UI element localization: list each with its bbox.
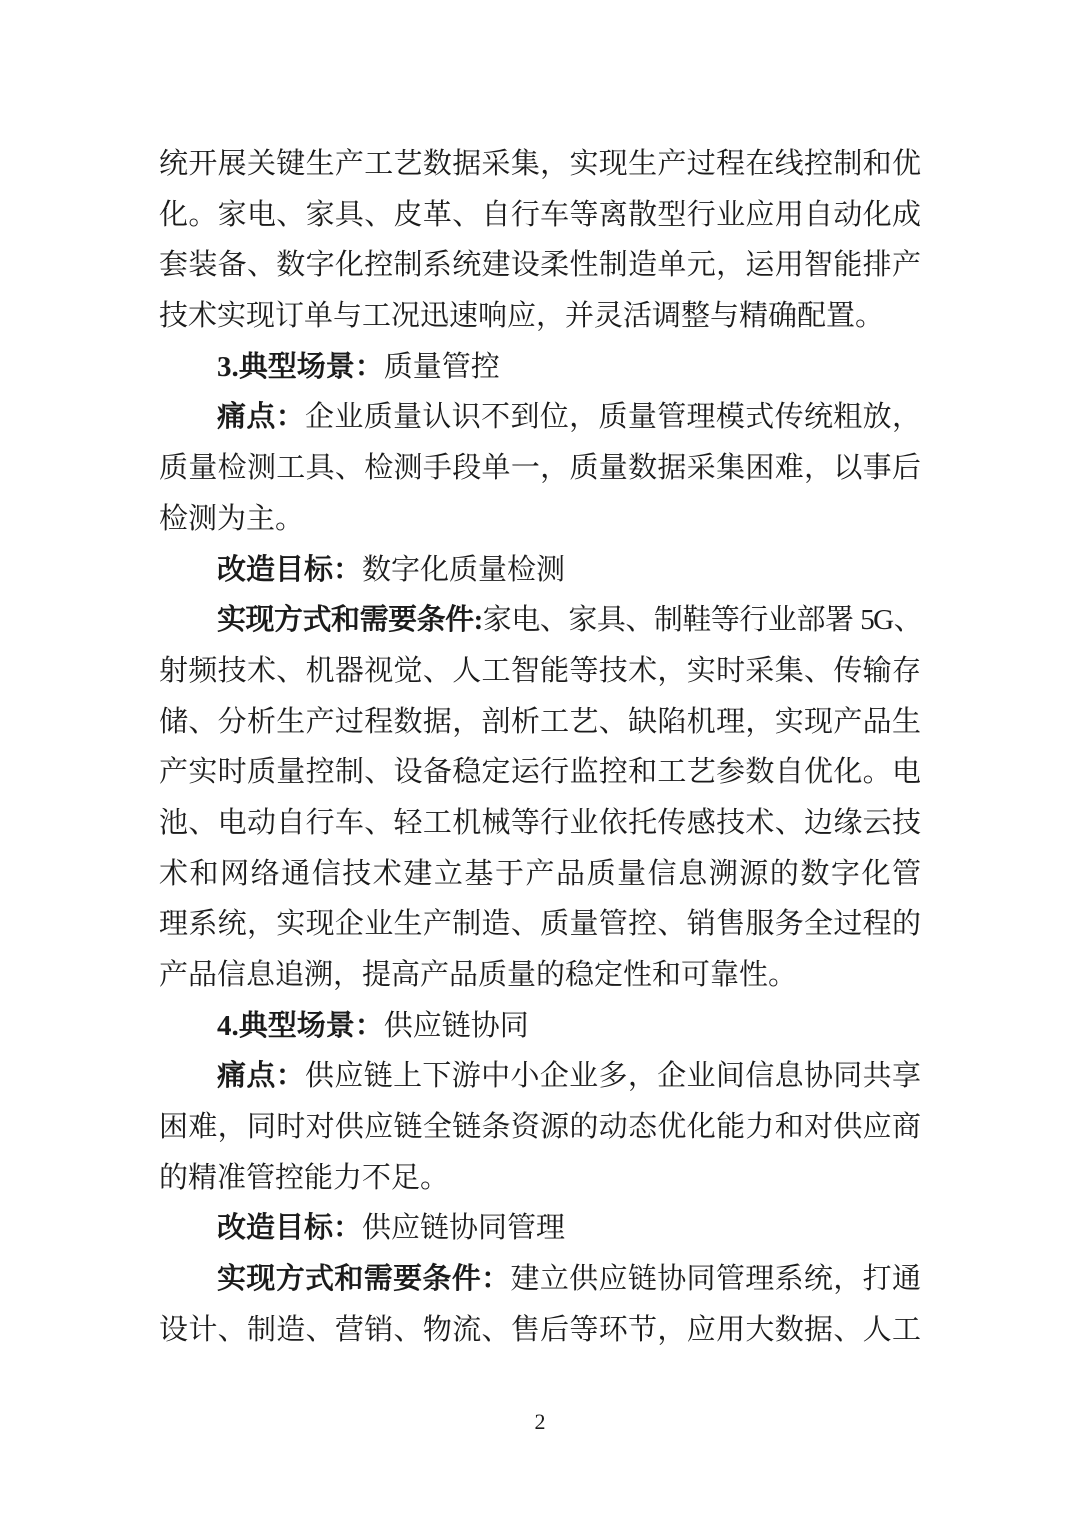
text-segment: 4.典型场景： bbox=[217, 1010, 384, 1042]
text-line: 理系统，实现企业生产制造、质量管控、销售服务全过程的 bbox=[159, 899, 921, 950]
text-line: 实现方式和需要条件:家电、家具、制鞋等行业部署 5G、 bbox=[159, 595, 921, 646]
text-segment: 3.典型场景： bbox=[217, 351, 384, 383]
text-segment: 改造目标： bbox=[217, 1212, 362, 1244]
text-line: 改造目标：供应链协同管理 bbox=[159, 1203, 921, 1254]
text-segment: 化。家电、家具、皮革、自行车等离散型行业应用自动化成 bbox=[159, 199, 921, 231]
text-line: 检测为主。 bbox=[159, 494, 921, 545]
text-segment: 统开展关键生产工艺数据采集，实现生产过程在线控制和优 bbox=[159, 148, 921, 180]
text-segment: 建立供应链协同管理系统，打通 bbox=[510, 1263, 921, 1295]
text-line: 设计、制造、营销、物流、售后等环节，应用大数据、人工 bbox=[159, 1305, 921, 1356]
page-number: 2 bbox=[0, 1407, 1080, 1437]
text-line: 技术实现订单与工况迅速响应，并灵活调整与精确配置。 bbox=[159, 291, 921, 342]
text-segment: 实现方式和需要条件: bbox=[217, 604, 482, 636]
text-line: 池、电动自行车、轻工机械等行业依托传感技术、边缘云技 bbox=[159, 798, 921, 849]
text-line: 产品信息追溯，提高产品质量的稳定性和可靠性。 bbox=[159, 950, 921, 1001]
text-segment: 理系统，实现企业生产制造、质量管控、销售服务全过程的 bbox=[159, 908, 921, 940]
text-line: 套装备、数字化控制系统建设柔性制造单元，运用智能排产 bbox=[159, 240, 921, 291]
text-line: 质量检测工具、检测手段单一，质量数据采集困难，以事后 bbox=[159, 443, 921, 494]
text-segment: 供应链协同管理 bbox=[362, 1212, 565, 1244]
text-segment: 质量管控 bbox=[384, 351, 500, 383]
text-block: 统开展关键生产工艺数据采集，实现生产过程在线控制和优化。家电、家具、皮革、自行车… bbox=[159, 139, 921, 1356]
text-line: 统开展关键生产工艺数据采集，实现生产过程在线控制和优 bbox=[159, 139, 921, 190]
text-line: 术和网络通信技术建立基于产品质量信息溯源的数字化管 bbox=[159, 849, 921, 900]
text-line: 产实时质量控制、设备稳定运行监控和工艺参数自优化。电 bbox=[159, 747, 921, 798]
text-line: 储、分析生产过程数据，剖析工艺、缺陷机理，实现产品生 bbox=[159, 697, 921, 748]
text-segment: 套装备、数字化控制系统建设柔性制造单元，运用智能排产 bbox=[159, 249, 921, 281]
text-segment: 困难，同时对供应链全链条资源的动态优化能力和对供应商 bbox=[159, 1111, 921, 1143]
text-segment: 质量检测工具、检测手段单一，质量数据采集困难，以事后 bbox=[159, 452, 921, 484]
text-segment: 企业质量认识不到位，质量管理模式传统粗放， bbox=[305, 401, 921, 433]
text-line: 痛点：供应链上下游中小企业多，企业间信息协同共享 bbox=[159, 1051, 921, 1102]
text-segment: 改造目标： bbox=[217, 554, 362, 586]
text-segment: 射频技术、机器视觉、人工智能等技术，实时采集、传输存 bbox=[159, 655, 921, 687]
text-segment: 储、分析生产过程数据，剖析工艺、缺陷机理，实现产品生 bbox=[159, 706, 921, 738]
text-segment: 供应链上下游中小企业多，企业间信息协同共享 bbox=[305, 1060, 921, 1092]
text-line: 痛点：企业质量认识不到位，质量管理模式传统粗放， bbox=[159, 392, 921, 443]
text-segment: 痛点： bbox=[217, 401, 305, 433]
text-segment: 实现方式和需要条件： bbox=[217, 1263, 510, 1295]
text-segment: 检测为主。 bbox=[159, 503, 304, 535]
text-segment: 产实时质量控制、设备稳定运行监控和工艺参数自优化。电 bbox=[159, 756, 921, 788]
text-line: 实现方式和需要条件：建立供应链协同管理系统，打通 bbox=[159, 1254, 921, 1305]
text-line: 改造目标：数字化质量检测 bbox=[159, 545, 921, 596]
text-segment: 术和网络通信技术建立基于产品质量信息溯源的数字化管 bbox=[159, 858, 921, 890]
text-segment: 设计、制造、营销、物流、售后等环节，应用大数据、人工 bbox=[159, 1314, 921, 1346]
text-line: 困难，同时对供应链全链条资源的动态优化能力和对供应商 bbox=[159, 1102, 921, 1153]
text-segment: 的精准管控能力不足。 bbox=[159, 1162, 449, 1194]
text-segment: 产品信息追溯，提高产品质量的稳定性和可靠性。 bbox=[159, 959, 797, 991]
text-line: 4.典型场景：供应链协同 bbox=[159, 1001, 921, 1052]
text-segment: 供应链协同 bbox=[384, 1010, 529, 1042]
text-segment: 技术实现订单与工况迅速响应，并灵活调整与精确配置。 bbox=[159, 300, 884, 332]
text-segment: 痛点： bbox=[217, 1060, 305, 1092]
text-line: 3.典型场景：质量管控 bbox=[159, 342, 921, 393]
text-segment: 池、电动自行车、轻工机械等行业依托传感技术、边缘云技 bbox=[159, 807, 921, 839]
text-segment: 家电、家具、制鞋等行业部署 5G、 bbox=[482, 604, 921, 636]
text-line: 化。家电、家具、皮革、自行车等离散型行业应用自动化成 bbox=[159, 190, 921, 241]
text-line: 的精准管控能力不足。 bbox=[159, 1153, 921, 1204]
text-segment: 数字化质量检测 bbox=[362, 554, 565, 586]
text-line: 射频技术、机器视觉、人工智能等技术，实时采集、传输存 bbox=[159, 646, 921, 697]
document-page: 统开展关键生产工艺数据采集，实现生产过程在线控制和优化。家电、家具、皮革、自行车… bbox=[0, 0, 1080, 1527]
